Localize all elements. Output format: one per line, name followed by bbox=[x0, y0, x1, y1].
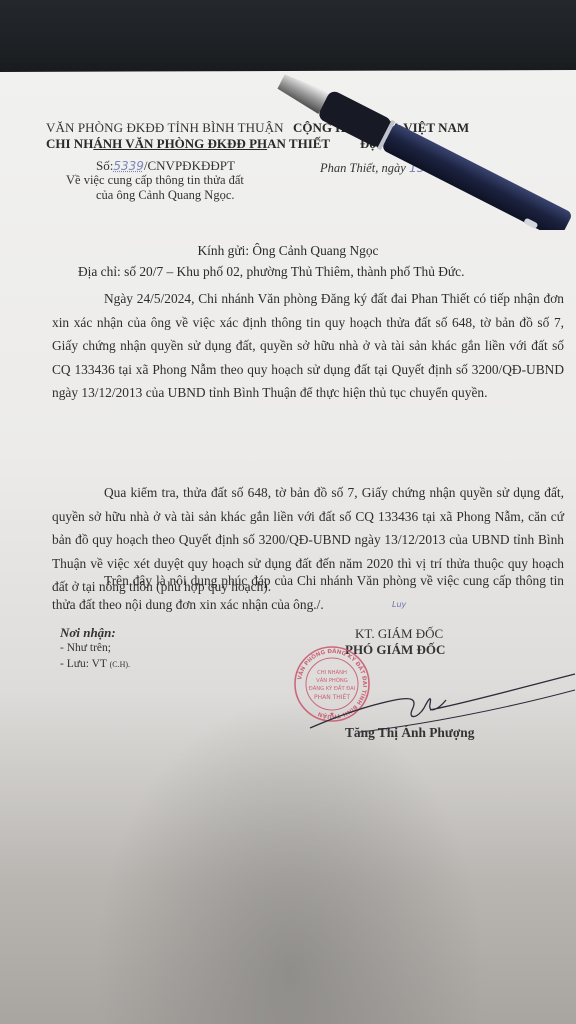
signer-name: Tăng Thị Ánh Phượng bbox=[345, 725, 474, 741]
handwritten-initials: Luy bbox=[392, 600, 406, 609]
archive-label: - Lưu: VT bbox=[60, 658, 107, 670]
paragraph-1-text: Ngày 24/5/2024, Chi nhánh Văn phòng Đăng… bbox=[52, 291, 564, 400]
agency-name: VĂN PHÒNG ĐKĐĐ TỈNH BÌNH THUẬN bbox=[46, 120, 284, 136]
handwritten-number: 5339 bbox=[113, 159, 144, 173]
recipient-address: Địa chỉ: số 20/7 – Khu phố 02, phường Th… bbox=[78, 264, 464, 280]
signature-title-1: KT. GIÁM ĐỐC bbox=[355, 626, 443, 642]
archive-note: (C.H). bbox=[110, 660, 130, 669]
document-number: Số:5339/CNVPĐKĐĐPT bbox=[96, 158, 235, 174]
subject-line-1: Về việc cung cấp thông tin thửa đất bbox=[66, 173, 244, 188]
number-suffix: /CNVPĐKĐĐPT bbox=[144, 158, 235, 173]
recipient-item: - Như trên; bbox=[60, 642, 111, 654]
branch-underlined: ÁNH VĂN PHÒNG ĐKĐĐ PH bbox=[93, 136, 267, 151]
paragraph-3: Trên đây là nội dung phúc đáp của Chi nh… bbox=[52, 569, 564, 616]
paragraph-3-text: Trên đây là nội dung phúc đáp của Chi nh… bbox=[52, 573, 564, 612]
pen-icon bbox=[270, 70, 576, 230]
number-prefix: Số: bbox=[96, 158, 113, 173]
branch-prefix: CHI NH bbox=[46, 136, 93, 151]
salutation: Kính gửi: Ông Cảnh Quang Ngọc bbox=[0, 243, 576, 259]
recipients-title: Nơi nhận: bbox=[60, 625, 116, 641]
dark-background bbox=[0, 0, 576, 80]
paragraph-1: Ngày 24/5/2024, Chi nhánh Văn phòng Đăng… bbox=[52, 287, 564, 405]
recipient-item: - Lưu: VT (C.H). bbox=[60, 658, 130, 670]
subject-line-2: của ông Cảnh Quang Ngọc. bbox=[96, 188, 235, 203]
